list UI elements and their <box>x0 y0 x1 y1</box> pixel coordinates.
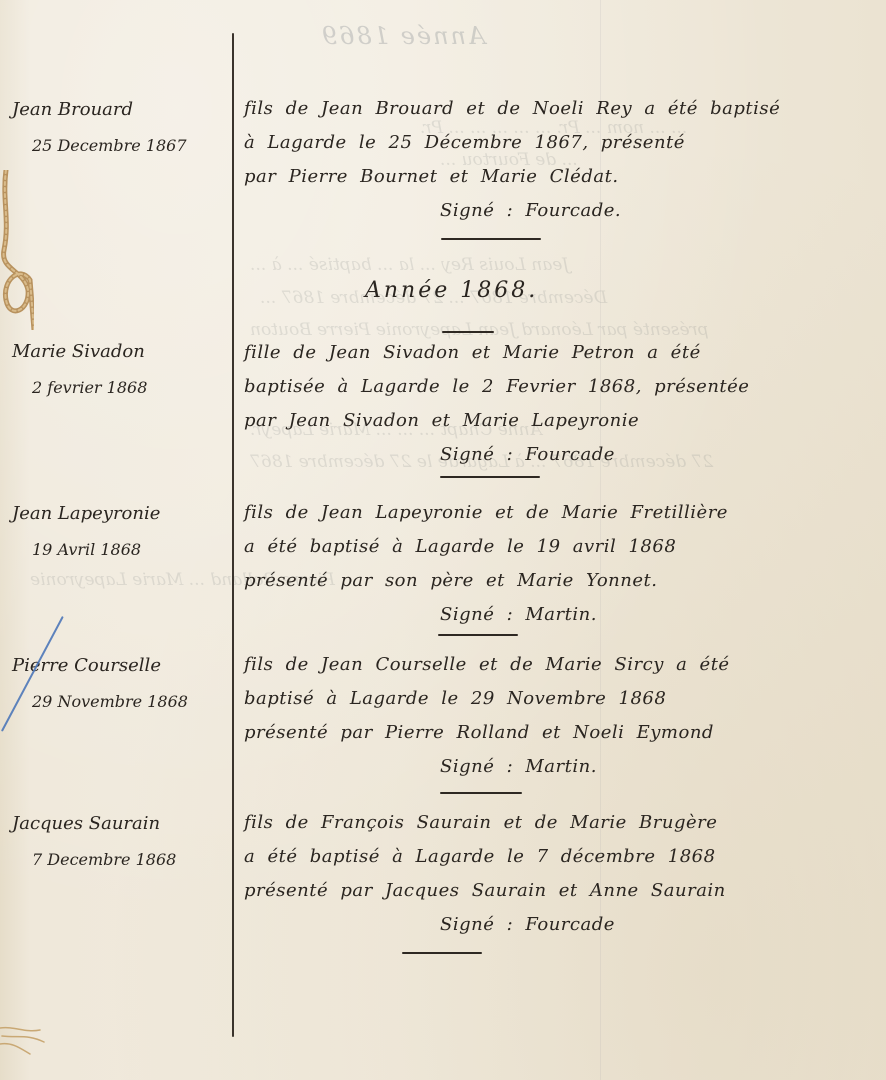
officiant-signature: Signé : Fourcade <box>244 908 864 942</box>
binding-string <box>0 170 34 330</box>
entry-body-3: fils de Jean Lapeyronie et de Marie Fret… <box>244 496 864 632</box>
officiant-signature: Signé : Fourcade <box>244 438 864 472</box>
entry-line: par Jean Sivadon et Marie Lapeyronie <box>244 404 864 438</box>
entry-body-4: fils de Jean Courselle et de Marie Sircy… <box>244 648 864 784</box>
entry-line: baptisée à Lagarde le 2 Fevrier 1868, pr… <box>244 370 864 404</box>
bleed-through-header: Année 1869 <box>320 22 485 50</box>
entry-line: a été baptisé à Lagarde le 7 décembre 18… <box>244 840 864 874</box>
entry-separator <box>441 238 541 240</box>
child-name: Jean Lapeyronie <box>8 496 226 532</box>
heading-separator <box>442 331 494 333</box>
entry-line: fille de Jean Sivadon et Marie Petron a … <box>244 336 864 370</box>
entry-line: fils de François Saurain et de Marie Bru… <box>244 806 864 840</box>
entry-line: fils de Jean Lapeyronie et de Marie Fret… <box>244 496 864 530</box>
baptism-date: 19 Avril 1868 <box>8 532 226 568</box>
margin-rule <box>232 33 234 1037</box>
entry-line: à Lagarde le 25 Décembre 1867, présenté <box>244 126 864 160</box>
officiant-signature: Signé : Martin. <box>244 598 864 632</box>
entry-line: fils de Jean Courselle et de Marie Sircy… <box>244 648 864 682</box>
entry-line: présenté par son père et Marie Yonnet. <box>244 564 864 598</box>
baptism-date: 29 Novembre 1868 <box>8 684 226 720</box>
entry-line: présenté par Pierre Rolland et Noeli Eym… <box>244 716 864 750</box>
baptism-date: 7 Decembre 1868 <box>8 842 226 878</box>
entry-line: fils de Jean Brouard et de Noeli Rey a é… <box>244 92 864 126</box>
child-name: Marie Sivadon <box>8 334 226 370</box>
officiant-signature: Signé : Martin. <box>244 750 864 784</box>
child-name: Jacques Saurain <box>8 806 226 842</box>
entry-line: baptisé à Lagarde le 29 Novembre 1868 <box>244 682 864 716</box>
entry-body-2: fille de Jean Sivadon et Marie Petron a … <box>244 336 864 472</box>
entry-body-5: fils de François Saurain et de Marie Bru… <box>244 806 864 942</box>
entry-margin-3: Jean Lapeyronie 19 Avril 1868 <box>8 496 226 568</box>
entry-line: par Pierre Bournet et Marie Clédat. <box>244 160 864 194</box>
entry-margin-5: Jacques Saurain 7 Decembre 1868 <box>8 806 226 878</box>
register-page: Année 1869 ... ... nom ... Pr. ... ... .… <box>0 0 886 1080</box>
child-name: Jean Brouard <box>8 92 226 128</box>
year-heading: Année 1868. <box>365 278 538 303</box>
entry-margin-2: Marie Sivadon 2 fevrier 1868 <box>8 334 226 406</box>
entry-separator <box>440 476 540 478</box>
baptism-date: 25 Decembre 1867 <box>8 128 226 164</box>
baptism-date: 2 fevrier 1868 <box>8 370 226 406</box>
entry-body-1: fils de Jean Brouard et de Noeli Rey a é… <box>244 92 864 228</box>
entry-margin-1: Jean Brouard 25 Decembre 1867 <box>8 92 226 164</box>
entry-separator <box>402 952 482 954</box>
entry-separator <box>438 634 518 636</box>
officiant-signature: Signé : Fourcade. <box>244 194 864 228</box>
binding-string-end <box>0 1008 50 1058</box>
bleed-through-text: Jean Louis Rey ... la ... baptisé ... à … <box>250 255 569 275</box>
entry-separator <box>440 792 522 794</box>
entry-line: a été baptisé à Lagarde le 19 avril 1868 <box>244 530 864 564</box>
entry-line: présenté par Jacques Saurain et Anne Sau… <box>244 874 864 908</box>
